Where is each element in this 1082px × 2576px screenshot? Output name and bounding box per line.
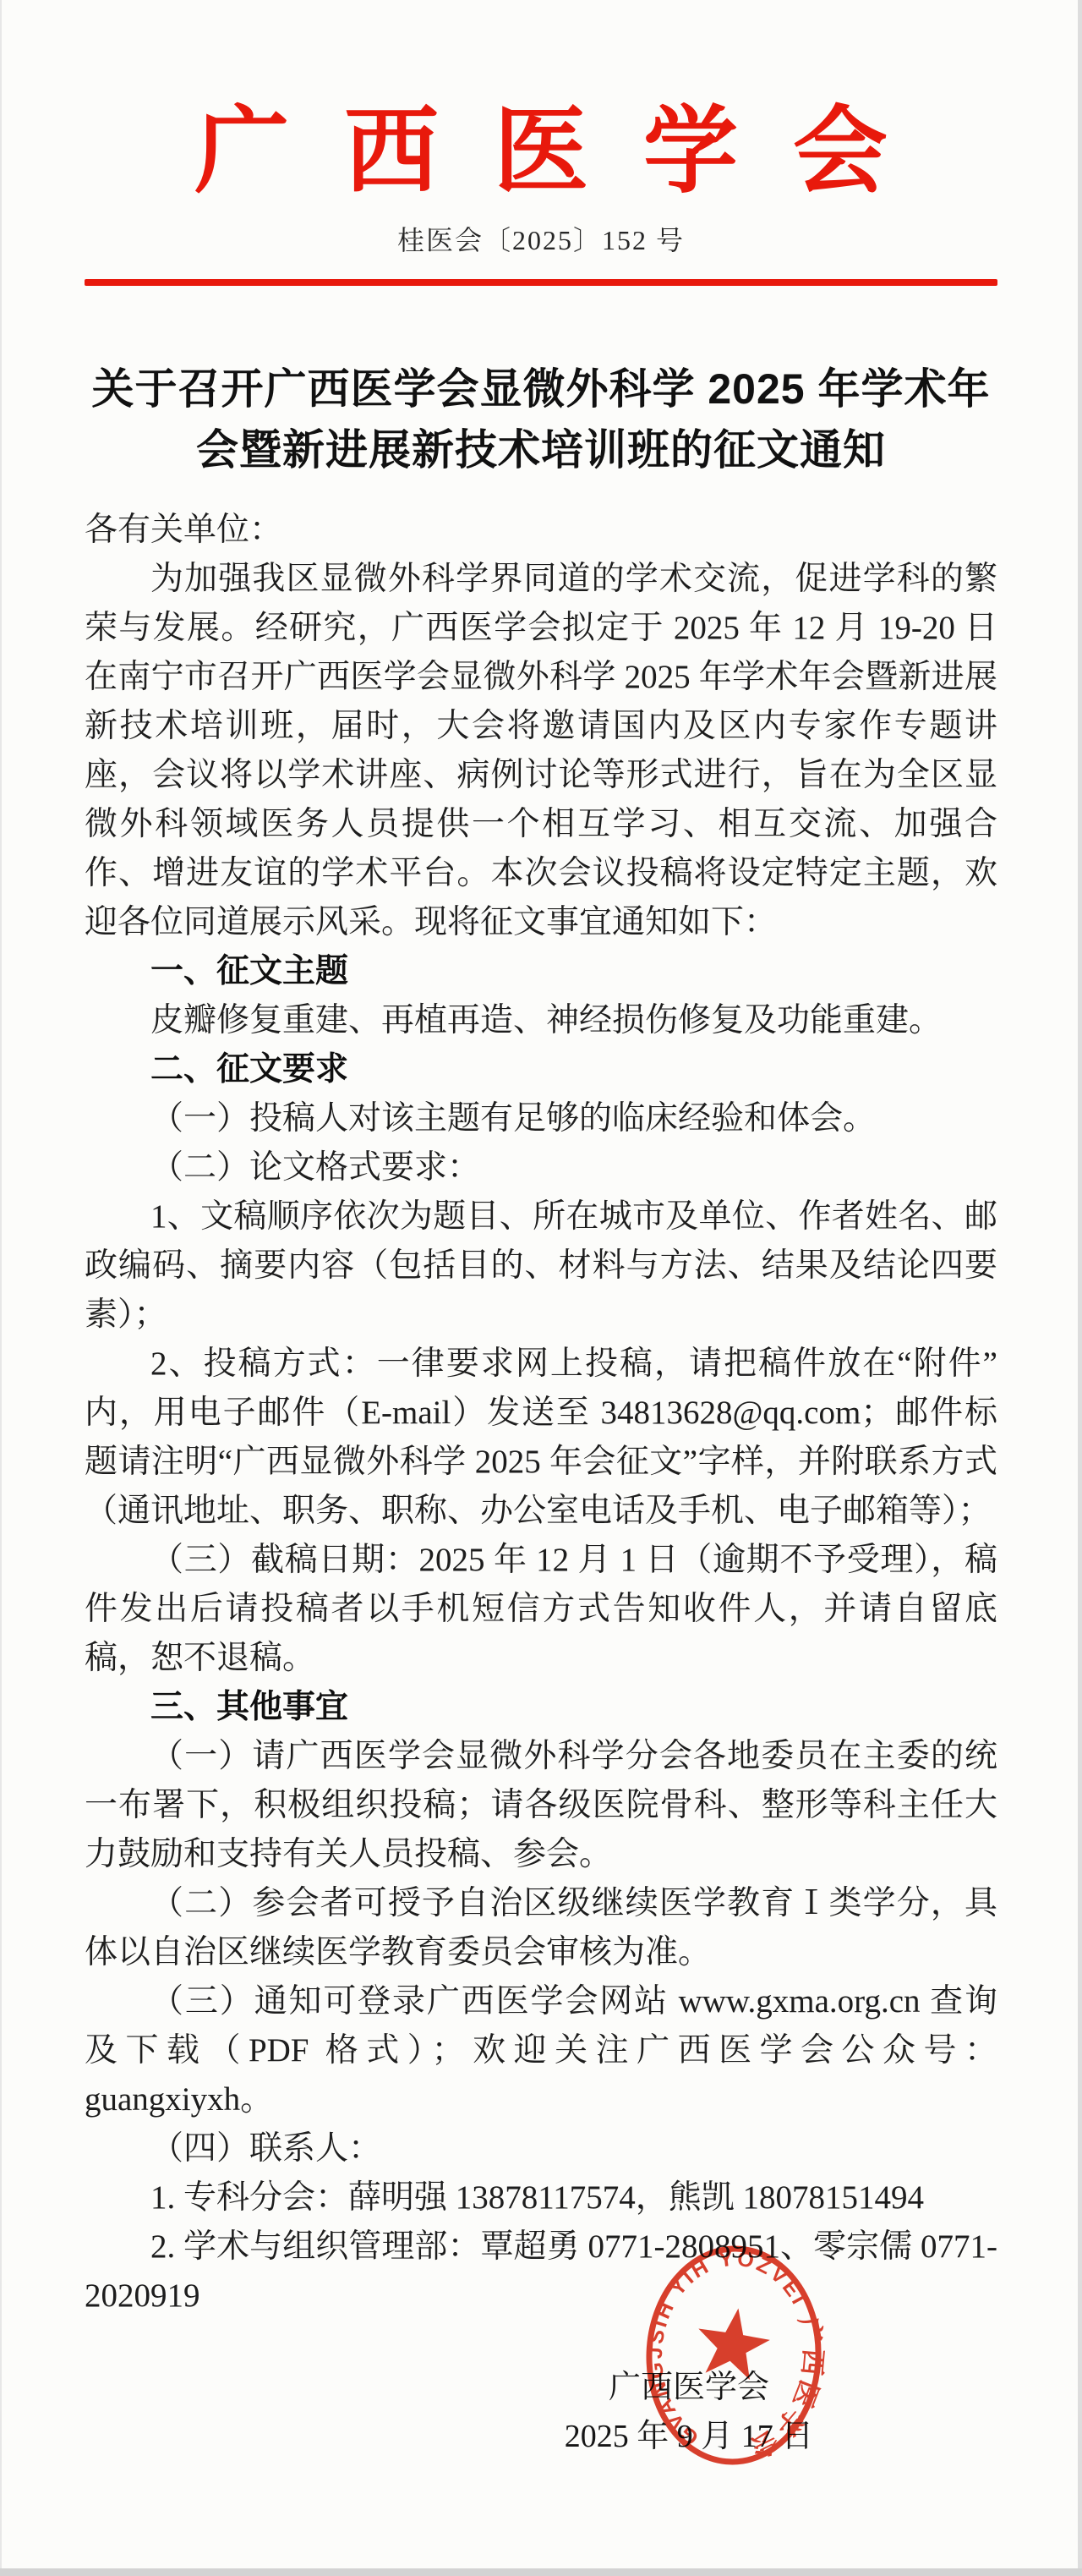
body-paragraph: 1、文稿顺序依次为题目、所在城市及单位、作者姓名、邮政编码、摘要内容（包括目的、… — [85, 1192, 997, 1340]
letterhead-divider — [85, 279, 997, 286]
body-paragraph: 各有关单位： — [85, 506, 997, 555]
body-paragraph: （四）联系人： — [85, 2124, 997, 2173]
body-paragraph: 2、投稿方式：一律要求网上投稿，请把稿件放在“附件”内，用电子邮件（E-mail… — [85, 1340, 997, 1536]
body-paragraphs: 各有关单位：为加强我区显微外科学界同道的学术交流，促进学科的繁荣与发展。经研究，… — [85, 506, 997, 2321]
letterhead-org-name: 广西医学会 — [0, 98, 1082, 207]
body-paragraph: （一）请广西医学会显微外科学分会各地委员在主委的统一布署下，积极组织投稿；请各级… — [85, 1732, 997, 1879]
section-heading: 三、其他事宜 — [85, 1683, 997, 1732]
document-title-line1: 关于召开广西医学会显微外科学 2025 年学术年 — [0, 359, 1082, 419]
scan-edge-bottom — [0, 2568, 1082, 2576]
body-paragraph: （三）截稿日期：2025 年 12 月 1 日（逾期不予受理），稿件发出后请投稿… — [85, 1536, 997, 1683]
document-title-line2: 会暨新进展新技术培训班的征文通知 — [0, 419, 1082, 480]
document-number: 桂医会〔2025〕152 号 — [0, 223, 1082, 259]
body-paragraph: （三）通知可登录广西医学会网站 www.gxma.org.cn 查询及下载（PD… — [85, 1977, 997, 2124]
body-paragraph: （二）论文格式要求： — [85, 1143, 997, 1192]
body-paragraph: 为加强我区显微外科学界同道的学术交流，促进学科的繁荣与发展。经研究，广西医学会拟… — [85, 555, 997, 947]
star-icon — [691, 2303, 773, 2382]
section-heading: 一、征文主题 — [85, 947, 997, 996]
document-page: 广西医学会 桂医会〔2025〕152 号 关于召开广西医学会显微外科学 2025… — [0, 0, 1082, 2576]
body-paragraph: （一）投稿人对该主题有足够的临床经验和体会。 — [85, 1094, 997, 1143]
document-title: 关于召开广西医学会显微外科学 2025 年学术年 会暨新进展新技术培训班的征文通… — [0, 359, 1082, 480]
body-paragraph: 2. 学术与组织管理部：覃超勇 0771-2808951、零宗儒 0771-20… — [85, 2222, 997, 2321]
official-seal: GVANGJSIH YIH YOZVEI 广西医学会 — [636, 2238, 832, 2475]
section-heading: 二、征文要求 — [85, 1045, 997, 1094]
body-paragraph: 1. 专科分会：薛明强 13878117574，熊凯 18078151494 — [85, 2173, 997, 2222]
body-paragraph: 皮瓣修复重建、再植再造、神经损伤修复及功能重建。 — [85, 996, 997, 1045]
body-paragraph: （二）参会者可授予自治区级继续医学教育Ⅰ类学分，具体以自治区继续医学教育委员会审… — [85, 1879, 997, 1977]
